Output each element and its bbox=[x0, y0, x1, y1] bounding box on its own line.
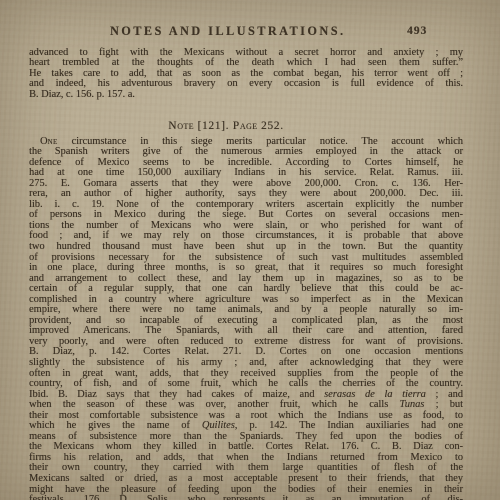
text-line: B. Diaz, c. 156. p. 157. a. bbox=[29, 90, 463, 101]
running-header-title: NOTES AND ILLUSTRATIONS. bbox=[110, 24, 346, 39]
note-body-paragraph: One circumstance in this siege merits pa… bbox=[29, 137, 463, 500]
page-number: 493 bbox=[407, 25, 427, 37]
continuation-paragraph: advanced to fight with the Mexicans with… bbox=[29, 48, 463, 101]
text-line: festivals. 176. D. Solis, who represents… bbox=[29, 495, 463, 500]
scanned-book-page: NOTES AND ILLUSTRATIONS. 493 advanced to… bbox=[0, 0, 500, 500]
note-heading: Note [121]. Page 252. bbox=[9, 120, 443, 132]
